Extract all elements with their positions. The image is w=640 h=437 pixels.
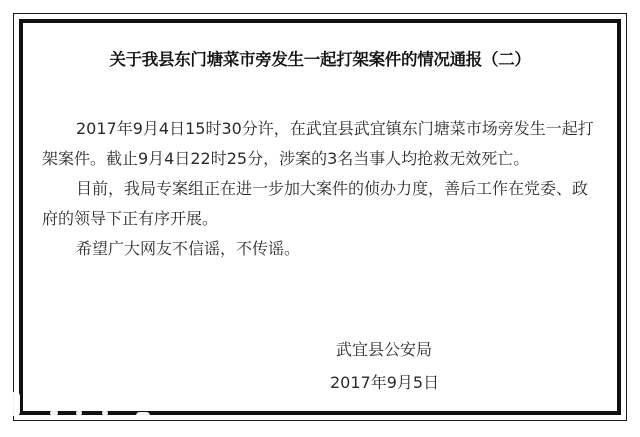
signature-block: 武宜县公安局 2017年9月5日: [330, 333, 470, 399]
paragraph-investigation: 目前，我局专案组正在进一步加大案件的侦办力度，善后工作在党委、政府的领导下正有序…: [42, 174, 602, 234]
paragraph-appeal: 希望广大网友不信谣，不传谣。: [42, 234, 602, 264]
paragraph-incident: 2017年9月4日15时30分许，在武宜县武宜镇东门塘菜市场旁发生一起打架案件。…: [42, 114, 602, 174]
issue-date: 2017年9月5日: [330, 366, 470, 399]
notice-body: 2017年9月4日15时30分许，在武宜县武宜镇东门塘菜市场旁发生一起打架案件。…: [42, 114, 602, 264]
notice-title: 关于我县东门塘菜市旁发生一起打架案件的情况通报（二）: [0, 48, 640, 72]
issuing-organization: 武宜县公安局: [330, 333, 470, 366]
